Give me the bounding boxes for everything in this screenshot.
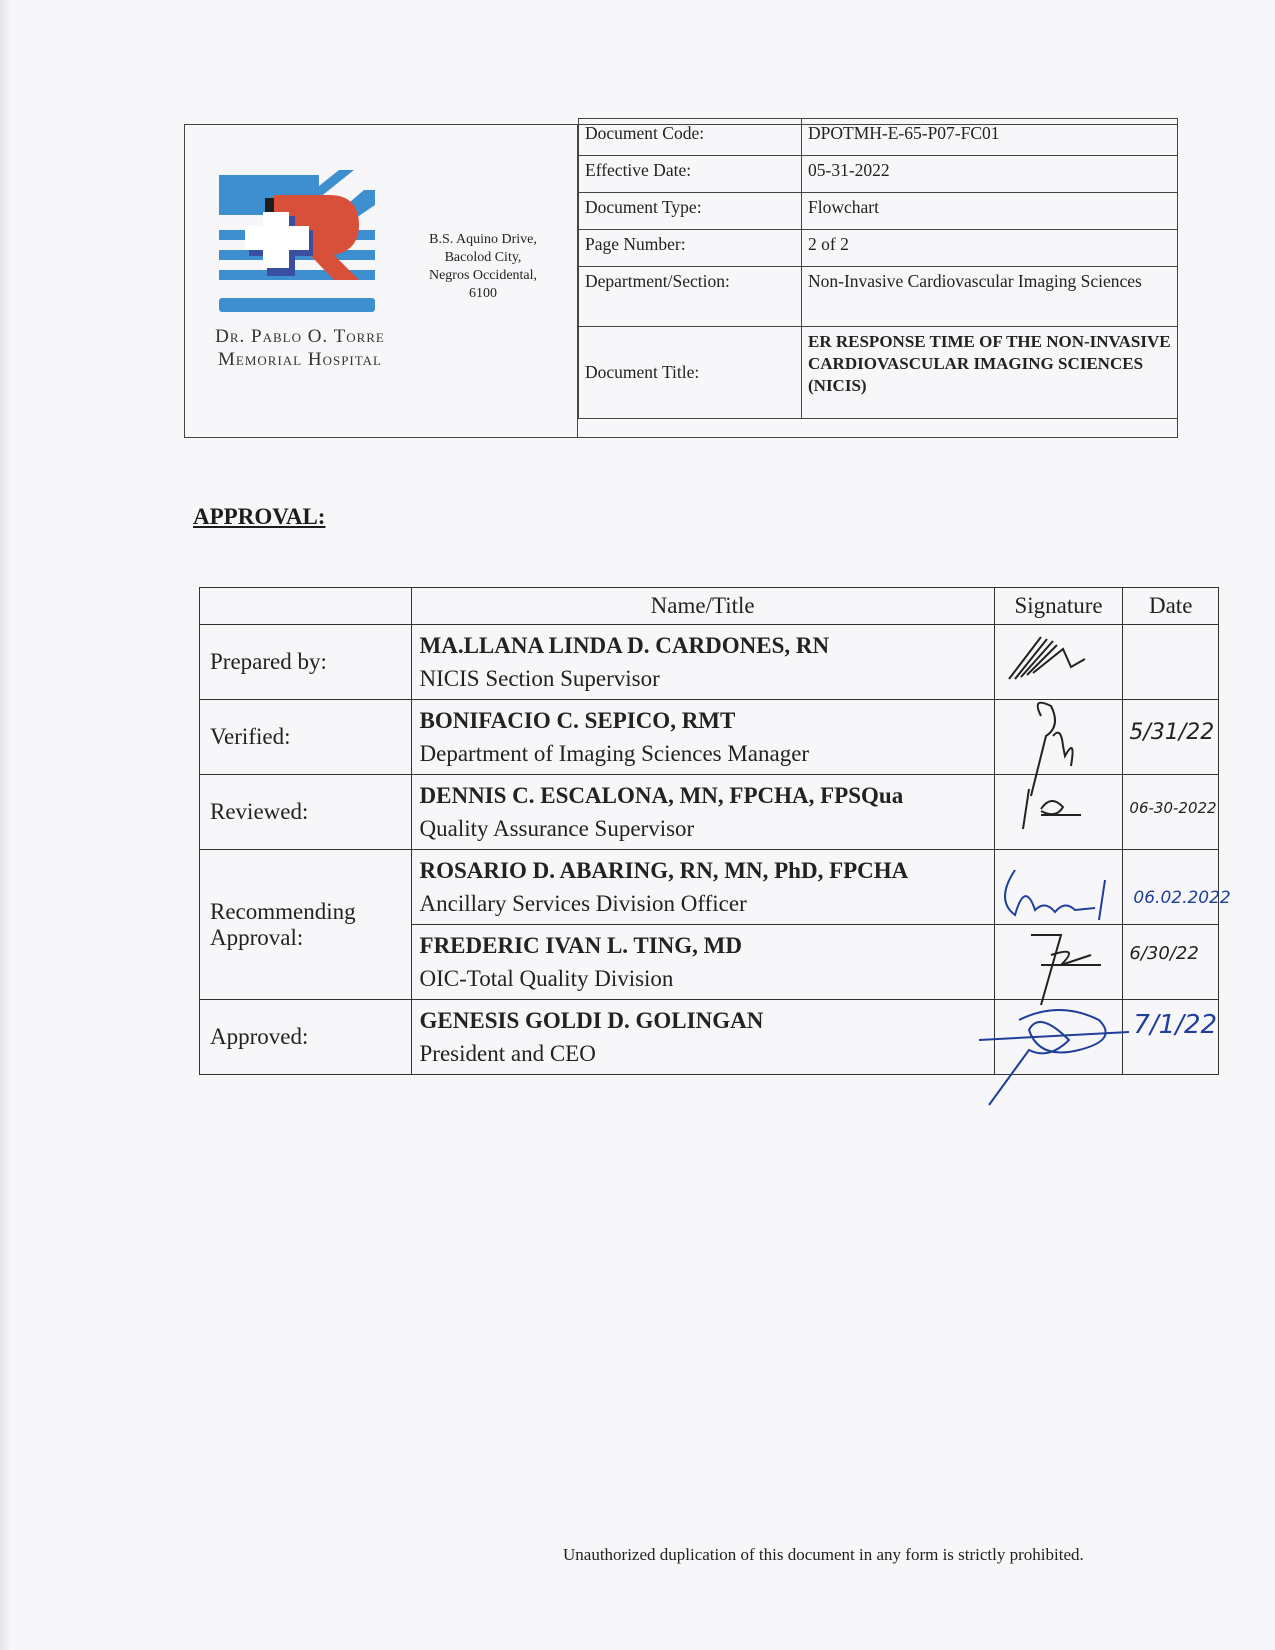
footer-notice: Unauthorized duplication of this documen… bbox=[563, 1545, 1084, 1565]
meta-row: Department/Section:Non-Invasive Cardiova… bbox=[579, 267, 1178, 327]
hospital-name-line2: Memorial Hospital bbox=[195, 348, 405, 371]
column-header: Signature bbox=[994, 588, 1123, 625]
column-header: Date bbox=[1123, 588, 1219, 625]
signature-cell bbox=[994, 925, 1123, 1000]
meta-row: Page Number:2 of 2 bbox=[579, 230, 1178, 267]
document-title: ER RESPONSE TIME OF THE NON-INVASIVE CAR… bbox=[802, 327, 1178, 419]
document-header: Dr. Pablo O. Torre Memorial Hospital B.S… bbox=[184, 124, 1178, 438]
role-label: Approved: bbox=[200, 1000, 412, 1075]
signatory-name: BONIFACIO C. SEPICO, RMT bbox=[420, 704, 986, 737]
handwritten-date: 7/1/22 bbox=[1133, 1010, 1217, 1040]
signature-icon bbox=[995, 860, 1135, 930]
date-cell: 06.02.2022 bbox=[1123, 850, 1219, 925]
signatory-title: NICIS Section Supervisor bbox=[420, 662, 986, 695]
role-label: Prepared by: bbox=[200, 625, 412, 700]
handwritten-date: 06-30-2022 bbox=[1129, 799, 1216, 817]
hospital-name: Dr. Pablo O. Torre Memorial Hospital bbox=[195, 325, 405, 371]
meta-row: Document Code:DPOTMH-E-65-P07-FC01 bbox=[579, 119, 1178, 156]
address-line: Bacolod City, bbox=[413, 249, 553, 267]
signature-cell bbox=[994, 1000, 1123, 1075]
meta-label: Effective Date: bbox=[579, 156, 802, 193]
approval-heading: APPROVAL: bbox=[193, 504, 325, 530]
meta-label: Page Number: bbox=[579, 230, 802, 267]
meta-value: DPOTMH-E-65-P07-FC01 bbox=[802, 119, 1178, 156]
name-title-cell: MA.LLANA LINDA D. CARDONES, RNNICIS Sect… bbox=[411, 625, 994, 700]
signatory-name: ROSARIO D. ABARING, RN, MN, PhD, FPCHA bbox=[420, 854, 986, 887]
address-line: Negros Occidental, bbox=[413, 267, 553, 285]
date-cell: 5/31/22 bbox=[1123, 700, 1219, 775]
meta-label: Document Code: bbox=[579, 119, 802, 156]
column-header bbox=[200, 588, 412, 625]
date-cell: 06-30-2022 bbox=[1123, 775, 1219, 850]
signature-icon bbox=[979, 1000, 1129, 1110]
role-label: Reviewed: bbox=[200, 775, 412, 850]
approval-header-row: Name/Title Signature Date bbox=[200, 588, 1219, 625]
signatory-title: Quality Assurance Supervisor bbox=[420, 812, 986, 845]
approval-table: Name/Title Signature Date Prepared by: M… bbox=[199, 587, 1219, 1075]
signatory-name: MA.LLANA LINDA D. CARDONES, RN bbox=[420, 629, 986, 662]
signatory-name: DENNIS C. ESCALONA, MN, FPCHA, FPSQua bbox=[420, 779, 986, 812]
meta-label: Department/Section: bbox=[579, 267, 802, 327]
table-row: Verified: BONIFACIO C. SEPICO, RMTDepart… bbox=[200, 700, 1219, 775]
signature-cell bbox=[994, 850, 1123, 925]
name-title-cell: BONIFACIO C. SEPICO, RMTDepartment of Im… bbox=[411, 700, 994, 775]
logo-cell: Dr. Pablo O. Torre Memorial Hospital B.S… bbox=[185, 125, 578, 437]
meta-row: Document Type:Flowchart bbox=[579, 193, 1178, 230]
date-cell bbox=[1123, 625, 1219, 700]
signatory-name: GENESIS GOLDI D. GOLINGAN bbox=[420, 1004, 986, 1037]
signatory-title: Department of Imaging Sciences Manager bbox=[420, 737, 986, 770]
meta-value: 05-31-2022 bbox=[802, 156, 1178, 193]
role-label: Recommending Approval: bbox=[200, 850, 412, 1000]
signatory-name: FREDERIC IVAN L. TING, MD bbox=[420, 929, 986, 962]
hospital-logo-icon bbox=[219, 170, 375, 320]
signature-icon bbox=[1001, 629, 1121, 689]
table-row: Approved: GENESIS GOLDI D. GOLINGANPresi… bbox=[200, 1000, 1219, 1075]
address-line: 6100 bbox=[413, 285, 553, 303]
role-label: Verified: bbox=[200, 700, 412, 775]
handwritten-date: 5/31/22 bbox=[1129, 720, 1214, 745]
meta-value: Non-Invasive Cardiovascular Imaging Scie… bbox=[802, 267, 1178, 327]
meta-label: Document Title: bbox=[579, 327, 802, 419]
handwritten-date: 06.02.2022 bbox=[1133, 888, 1230, 908]
scan-edge bbox=[0, 0, 12, 1650]
meta-label: Document Type: bbox=[579, 193, 802, 230]
name-title-cell: ROSARIO D. ABARING, RN, MN, PhD, FPCHAAn… bbox=[411, 850, 994, 925]
table-row: Prepared by: MA.LLANA LINDA D. CARDONES,… bbox=[200, 625, 1219, 700]
signatory-title: Ancillary Services Division Officer bbox=[420, 887, 986, 920]
table-row: Recommending Approval: ROSARIO D. ABARIN… bbox=[200, 850, 1219, 925]
name-title-cell: FREDERIC IVAN L. TING, MDOIC-Total Quali… bbox=[411, 925, 994, 1000]
date-cell: 6/30/22 bbox=[1123, 925, 1219, 1000]
meta-row: Document Title:ER RESPONSE TIME OF THE N… bbox=[579, 327, 1178, 419]
name-title-cell: DENNIS C. ESCALONA, MN, FPCHA, FPSQuaQua… bbox=[411, 775, 994, 850]
date-cell: 7/1/22 bbox=[1123, 1000, 1219, 1075]
signature-cell bbox=[994, 775, 1123, 850]
signatory-title: President and CEO bbox=[420, 1037, 986, 1070]
signature-cell bbox=[994, 700, 1123, 775]
meta-value: 2 of 2 bbox=[802, 230, 1178, 267]
meta-row: Effective Date:05-31-2022 bbox=[579, 156, 1178, 193]
column-header: Name/Title bbox=[411, 588, 994, 625]
signatory-title: OIC-Total Quality Division bbox=[420, 962, 986, 995]
table-row: Reviewed: DENNIS C. ESCALONA, MN, FPCHA,… bbox=[200, 775, 1219, 850]
handwritten-date: 6/30/22 bbox=[1129, 943, 1198, 964]
hospital-name-line1: Dr. Pablo O. Torre bbox=[195, 325, 405, 348]
address-line: B.S. Aquino Drive, bbox=[413, 231, 553, 249]
meta-value: Flowchart bbox=[802, 193, 1178, 230]
document-meta-table: Document Code:DPOTMH-E-65-P07-FC01 Effec… bbox=[578, 118, 1178, 419]
signature-icon bbox=[1001, 779, 1121, 839]
signature-cell bbox=[994, 625, 1123, 700]
name-title-cell: GENESIS GOLDI D. GOLINGANPresident and C… bbox=[411, 1000, 994, 1075]
hospital-address: B.S. Aquino Drive, Bacolod City, Negros … bbox=[413, 231, 553, 303]
